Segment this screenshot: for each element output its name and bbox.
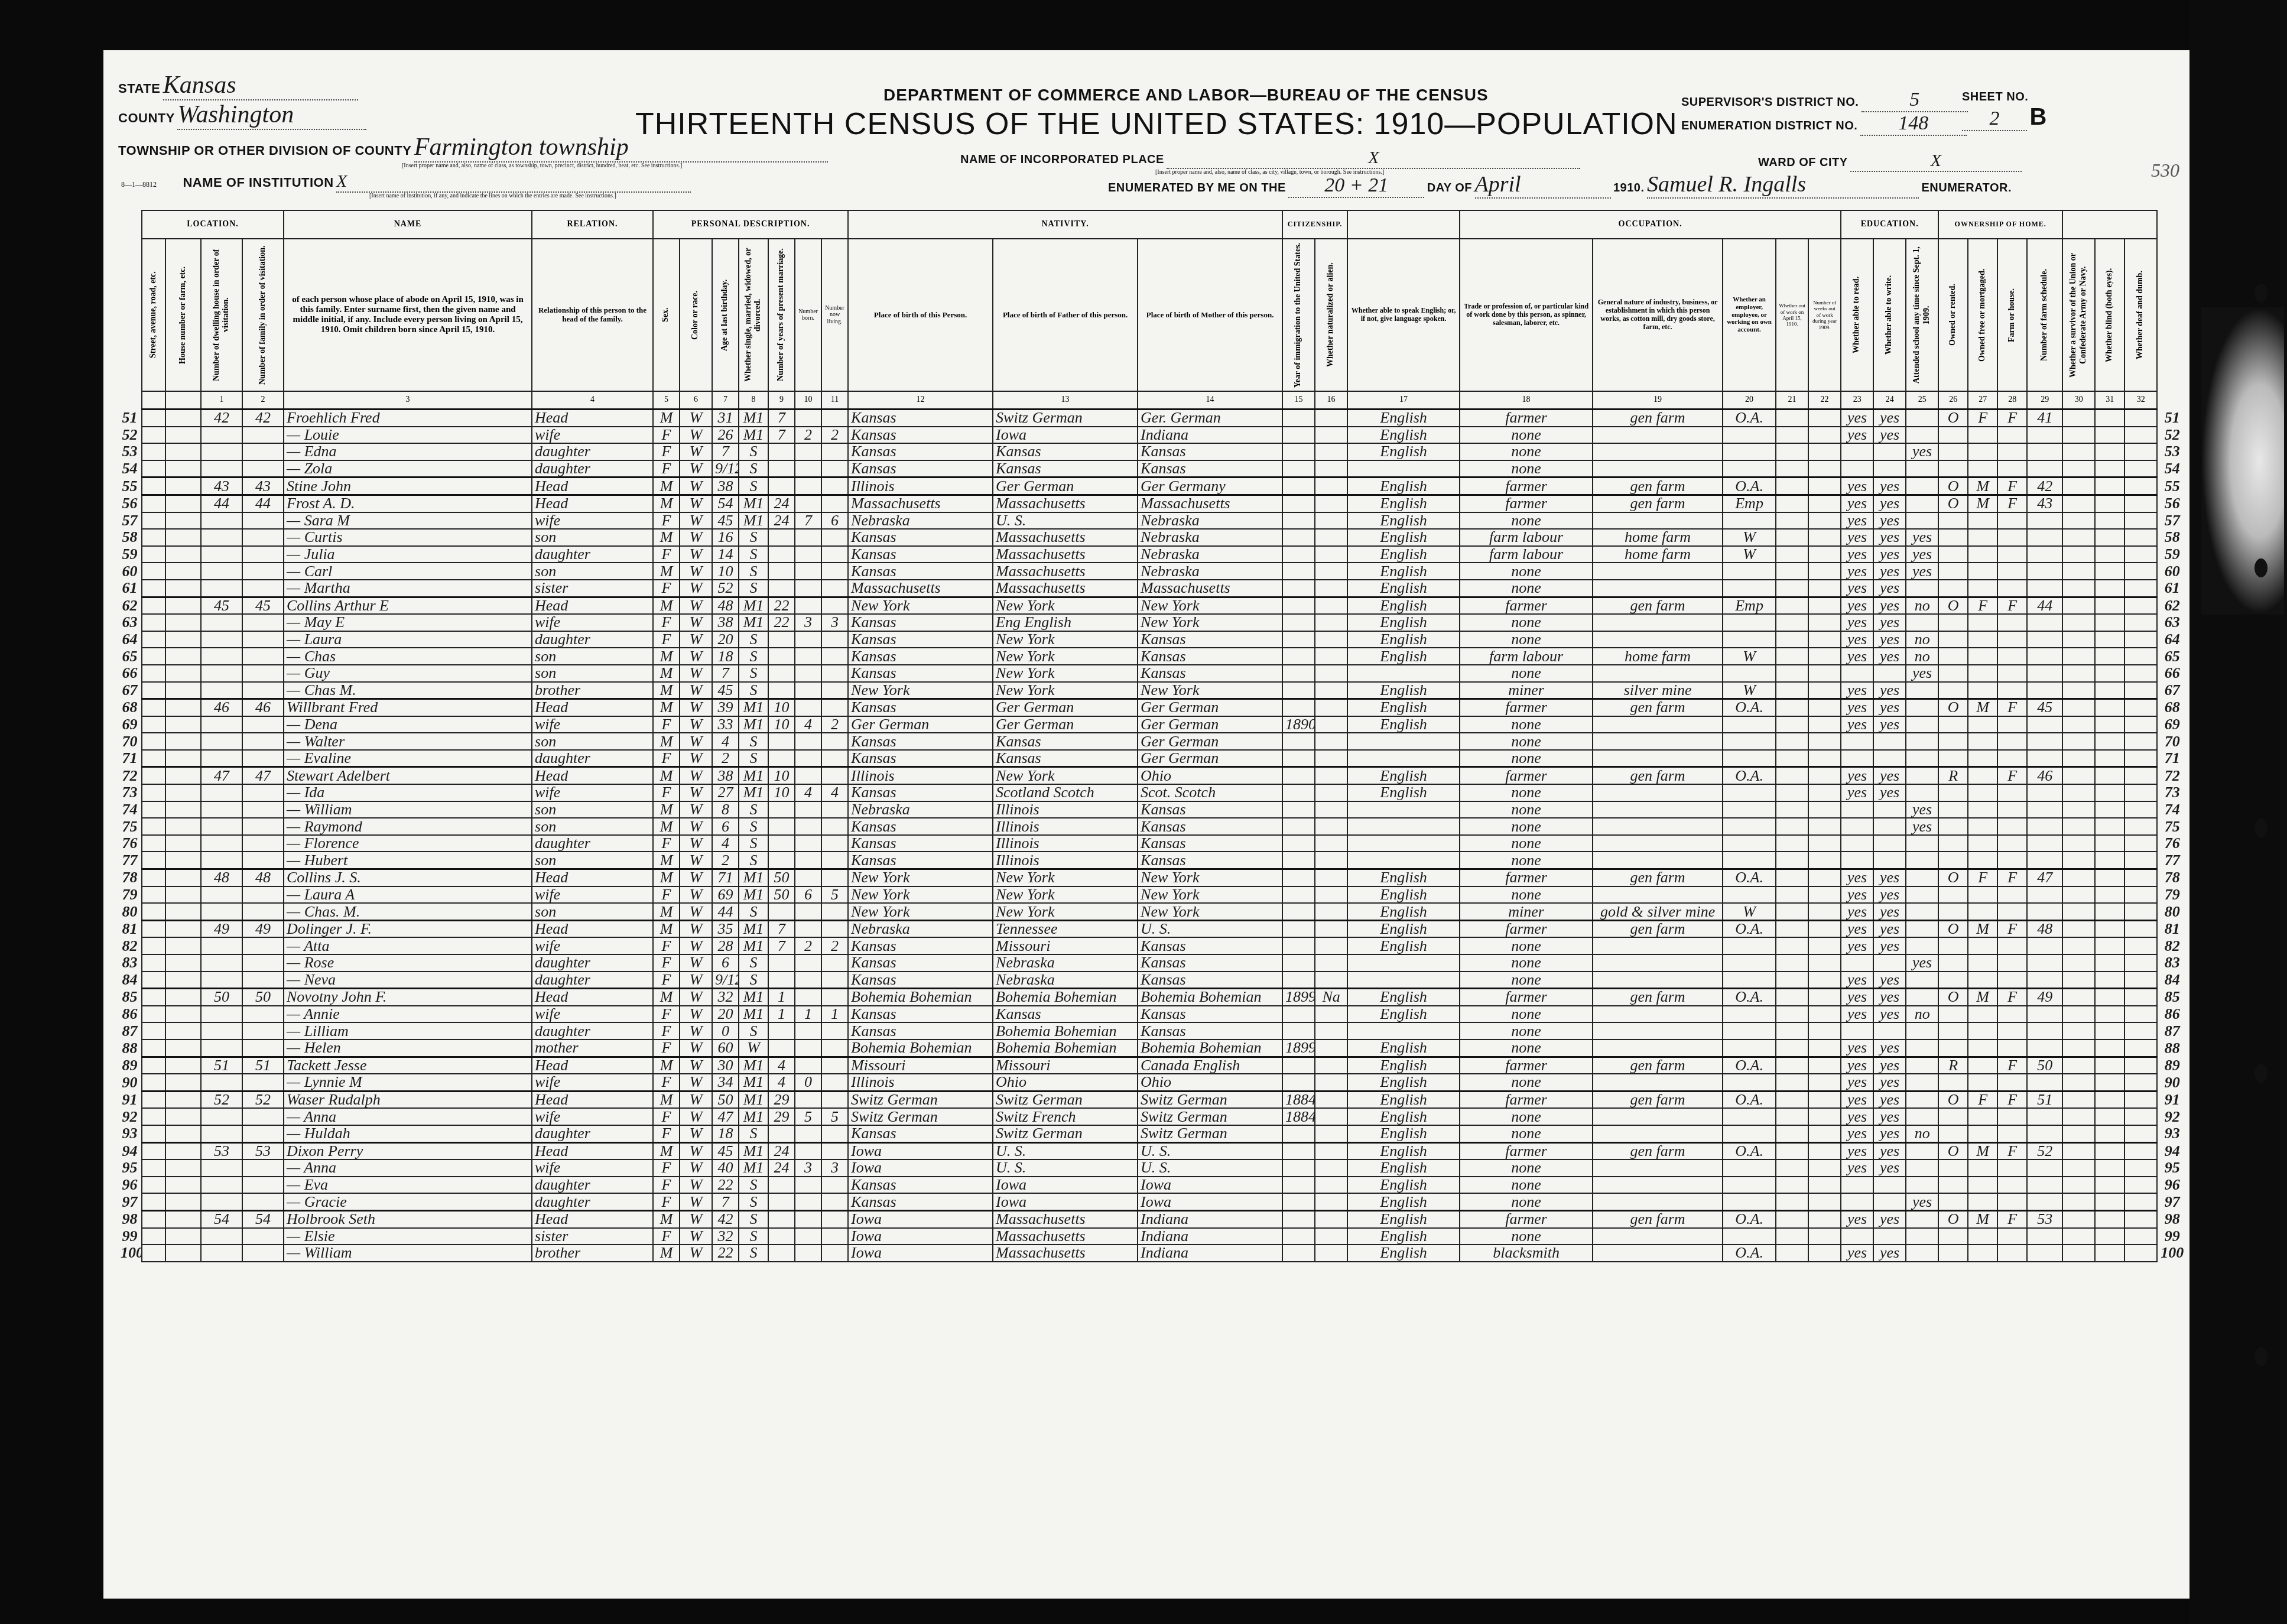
immigration-year xyxy=(1282,597,1315,614)
owned-rented xyxy=(1938,648,1968,665)
race: W xyxy=(680,648,712,665)
out-of-work xyxy=(1776,563,1808,580)
marital-status: M1 xyxy=(739,1006,768,1023)
employer-status xyxy=(1723,512,1776,530)
birthplace-mother: Kansas xyxy=(1138,852,1282,869)
sheet-side: B xyxy=(2029,104,2046,130)
trade: none xyxy=(1460,954,1593,972)
line-number: 75 xyxy=(118,818,142,835)
line-number: 53 xyxy=(118,443,142,460)
colnum: 10 xyxy=(795,391,821,410)
person-name: — Sara M xyxy=(284,512,532,530)
can-write: yes xyxy=(1873,1245,1906,1262)
birthplace-mother: Ger German xyxy=(1138,733,1282,750)
language: English xyxy=(1347,546,1460,563)
language xyxy=(1347,835,1460,852)
street-cell xyxy=(142,546,165,563)
family-number xyxy=(242,682,284,699)
free-mortgaged xyxy=(1968,1057,1997,1074)
header-name: of each person whose place of abode on A… xyxy=(284,239,532,391)
line-number-right: 57 xyxy=(2157,512,2187,530)
industry: gen farm xyxy=(1593,920,1723,937)
line-number: 61 xyxy=(118,580,142,597)
street-cell xyxy=(142,665,165,682)
veteran xyxy=(2062,835,2095,852)
out-of-work xyxy=(1776,716,1808,733)
trade: none xyxy=(1460,852,1593,869)
birthplace-mother: Kansas xyxy=(1138,631,1282,648)
children-living xyxy=(821,699,848,716)
birthplace-father: Massachusetts xyxy=(993,563,1138,580)
house-number-cell xyxy=(165,937,201,954)
out-of-work xyxy=(1776,443,1808,460)
house-number-cell xyxy=(165,852,201,869)
line-number-right: 53 xyxy=(2157,443,2187,460)
children-born: 4 xyxy=(795,716,821,733)
owned-rented xyxy=(1938,665,1968,682)
house-number-cell xyxy=(165,1022,201,1040)
children-living xyxy=(821,1193,848,1210)
naturalized xyxy=(1315,648,1347,665)
marital-status: S xyxy=(739,1022,768,1040)
can-write: yes xyxy=(1873,1074,1906,1091)
family-number xyxy=(242,631,284,648)
person-name: Collins J. S. xyxy=(284,869,532,886)
farm-house xyxy=(1997,903,2027,920)
relation: Head xyxy=(532,1210,653,1227)
street-cell xyxy=(142,852,165,869)
person-name: Tackett Jesse xyxy=(284,1057,532,1074)
veteran xyxy=(2062,460,2095,478)
school xyxy=(1906,1228,1938,1245)
line-number-right: 73 xyxy=(2157,784,2187,801)
age: 2 xyxy=(712,750,739,767)
deaf xyxy=(2124,1142,2157,1159)
state-field: State Kansas xyxy=(118,71,358,100)
dwelling-number xyxy=(201,1108,242,1125)
line-number: 83 xyxy=(118,954,142,972)
census-title: THIRTEENTH CENSUS OF THE UNITED STATES: … xyxy=(635,106,1678,142)
line-number-right: 86 xyxy=(2157,1006,2187,1023)
colnum: 15 xyxy=(1282,391,1315,410)
marital-status: S xyxy=(739,972,768,989)
school xyxy=(1906,614,1938,631)
marital-status: W xyxy=(739,1040,768,1057)
naturalized xyxy=(1315,614,1347,631)
line-number-right: 61 xyxy=(2157,580,2187,597)
birthplace-person: Kansas xyxy=(848,1006,993,1023)
language xyxy=(1347,750,1460,767)
out-of-work xyxy=(1776,1228,1808,1245)
street-cell xyxy=(142,869,165,886)
farm-schedule xyxy=(2027,903,2062,920)
ed-value: 148 xyxy=(1860,112,1967,136)
farm-house: F xyxy=(1997,1091,2027,1108)
birthplace-person: Kansas xyxy=(848,1022,993,1040)
owned-rented: O xyxy=(1938,920,1968,937)
street-cell xyxy=(142,1125,165,1142)
marital-status: S xyxy=(739,443,768,460)
farm-house xyxy=(1997,750,2027,767)
school xyxy=(1906,716,1938,733)
age: 9/12 xyxy=(712,972,739,989)
dwelling-number: 47 xyxy=(201,767,242,784)
deaf xyxy=(2124,852,2157,869)
can-write: yes xyxy=(1873,529,1906,546)
age: 45 xyxy=(712,682,739,699)
age: 10 xyxy=(712,563,739,580)
weeks-out xyxy=(1808,1142,1841,1159)
person-name: — Chas M. xyxy=(284,682,532,699)
relation: sister xyxy=(532,580,653,597)
street-cell xyxy=(142,1210,165,1227)
owned-rented xyxy=(1938,903,1968,920)
birthplace-father: New York xyxy=(993,903,1138,920)
immigration-year xyxy=(1282,733,1315,750)
weeks-out xyxy=(1808,989,1841,1006)
weeks-out xyxy=(1808,784,1841,801)
weeks-out xyxy=(1808,427,1841,444)
school xyxy=(1906,1108,1938,1125)
race: W xyxy=(680,989,712,1006)
employer-status: W xyxy=(1723,682,1776,699)
sex: M xyxy=(653,733,680,750)
dwelling-number xyxy=(201,852,242,869)
census-row: 86— AnniewifeFW20M1111KansasKansasKansas… xyxy=(118,1006,2187,1023)
line-number: 87 xyxy=(118,1022,142,1040)
industry xyxy=(1593,835,1723,852)
naturalized xyxy=(1315,546,1347,563)
county-value: Washington xyxy=(177,100,366,130)
can-read: yes xyxy=(1841,1057,1873,1074)
years-married xyxy=(768,835,795,852)
children-born xyxy=(795,410,821,427)
out-of-work xyxy=(1776,495,1808,512)
marital-status: M1 xyxy=(739,1108,768,1125)
dwelling-number: 49 xyxy=(201,920,242,937)
birthplace-mother: Kansas xyxy=(1138,972,1282,989)
children-born xyxy=(795,580,821,597)
marital-status: M1 xyxy=(739,767,768,784)
birthplace-father: New York xyxy=(993,682,1138,699)
owned-rented xyxy=(1938,427,1968,444)
language: English xyxy=(1347,699,1460,716)
birthplace-person: Kansas xyxy=(848,733,993,750)
out-of-work xyxy=(1776,460,1808,478)
race: W xyxy=(680,1057,712,1074)
colnum: 28 xyxy=(1997,391,2027,410)
birthplace-person: Kansas xyxy=(848,427,993,444)
house-number-cell xyxy=(165,631,201,648)
house-number-cell xyxy=(165,767,201,784)
school xyxy=(1906,478,1938,495)
children-living xyxy=(821,597,848,614)
line-number-right: 96 xyxy=(2157,1177,2187,1194)
month-value: April xyxy=(1475,171,1611,199)
line-number: 100 xyxy=(118,1245,142,1262)
trade: none xyxy=(1460,818,1593,835)
immigration-year xyxy=(1282,835,1315,852)
industry xyxy=(1593,1193,1723,1210)
children-born xyxy=(795,852,821,869)
line-number: 88 xyxy=(118,1040,142,1057)
blind xyxy=(2095,512,2124,530)
person-name: Holbrook Seth xyxy=(284,1210,532,1227)
census-row: 97— GraciedaughterFW7SKansasIowaIowaEngl… xyxy=(118,1193,2187,1210)
school: no xyxy=(1906,597,1938,614)
naturalized xyxy=(1315,852,1347,869)
street-cell xyxy=(142,767,165,784)
years-married: 50 xyxy=(768,886,795,904)
industry: gen farm xyxy=(1593,869,1723,886)
house-number-cell xyxy=(165,427,201,444)
farm-house xyxy=(1997,512,2027,530)
race: W xyxy=(680,716,712,733)
language xyxy=(1347,852,1460,869)
line-number: 99 xyxy=(118,1228,142,1245)
trade: none xyxy=(1460,460,1593,478)
years-married: 22 xyxy=(768,614,795,631)
weeks-out xyxy=(1808,1210,1841,1227)
veteran xyxy=(2062,937,2095,954)
trade: none xyxy=(1460,972,1593,989)
weeks-out xyxy=(1808,1022,1841,1040)
race: W xyxy=(680,478,712,495)
dwelling-number xyxy=(201,801,242,819)
can-write: yes xyxy=(1873,1040,1906,1057)
race: W xyxy=(680,784,712,801)
blind xyxy=(2095,733,2124,750)
owned-rented: O xyxy=(1938,989,1968,1006)
language: English xyxy=(1347,597,1460,614)
dwelling-number xyxy=(201,818,242,835)
naturalized xyxy=(1315,631,1347,648)
veteran xyxy=(2062,750,2095,767)
employer-status xyxy=(1723,1177,1776,1194)
dwelling-number xyxy=(201,546,242,563)
person-name: — Helen xyxy=(284,1040,532,1057)
weeks-out xyxy=(1808,716,1841,733)
farm-schedule xyxy=(2027,1108,2062,1125)
immigration-year xyxy=(1282,460,1315,478)
children-living xyxy=(821,478,848,495)
race: W xyxy=(680,852,712,869)
birthplace-person: New York xyxy=(848,682,993,699)
free-mortgaged xyxy=(1968,1006,1997,1023)
children-born: 1 xyxy=(795,1006,821,1023)
birthplace-father: Massachusetts xyxy=(993,580,1138,597)
street-cell xyxy=(142,1006,165,1023)
children-living xyxy=(821,1245,848,1262)
trade: none xyxy=(1460,801,1593,819)
house-number-cell xyxy=(165,699,201,716)
dwelling-number: 45 xyxy=(201,597,242,614)
blind xyxy=(2095,869,2124,886)
birthplace-person: Kansas xyxy=(848,784,993,801)
line-number: 68 xyxy=(118,699,142,716)
school: yes xyxy=(1906,546,1938,563)
children-living xyxy=(821,954,848,972)
race: W xyxy=(680,546,712,563)
race: W xyxy=(680,1074,712,1091)
employer-status xyxy=(1723,733,1776,750)
birthplace-person: Kansas xyxy=(848,954,993,972)
free-mortgaged xyxy=(1968,954,1997,972)
dwelling-number xyxy=(201,665,242,682)
ward-value: X xyxy=(1850,151,2022,172)
owned-rented xyxy=(1938,1108,1968,1125)
birthplace-father: Massachusetts xyxy=(993,1228,1138,1245)
deaf xyxy=(2124,1022,2157,1040)
can-read xyxy=(1841,818,1873,835)
school xyxy=(1906,427,1938,444)
trade: none xyxy=(1460,716,1593,733)
veteran xyxy=(2062,818,2095,835)
enumerated-label: Enumerated by me on the xyxy=(1108,181,1286,194)
race: W xyxy=(680,427,712,444)
family-number xyxy=(242,972,284,989)
owned-rented xyxy=(1938,443,1968,460)
school xyxy=(1906,410,1938,427)
free-mortgaged xyxy=(1968,546,1997,563)
street-cell xyxy=(142,478,165,495)
house-number-cell xyxy=(165,665,201,682)
farm-house: F xyxy=(1997,989,2027,1006)
marital-status: S xyxy=(739,546,768,563)
marital-status: M1 xyxy=(739,784,768,801)
language xyxy=(1347,1022,1460,1040)
age: 39 xyxy=(712,699,739,716)
blind xyxy=(2095,1210,2124,1227)
school xyxy=(1906,1159,1938,1177)
family-number: 47 xyxy=(242,767,284,784)
age: 31 xyxy=(712,410,739,427)
veteran xyxy=(2062,648,2095,665)
owned-rented: R xyxy=(1938,1057,1968,1074)
birthplace-father: Ohio xyxy=(993,1074,1138,1091)
can-write: yes xyxy=(1873,478,1906,495)
school: yes xyxy=(1906,818,1938,835)
children-born: 0 xyxy=(795,1074,821,1091)
employer-status: O.A. xyxy=(1723,1091,1776,1108)
census-row: 554343Stine JohnHeadMW38SIllinoisGer Ger… xyxy=(118,478,2187,495)
sex: F xyxy=(653,1159,680,1177)
census-row: 60— CarlsonMW10SKansasMassachusettsNebra… xyxy=(118,563,2187,580)
children-born xyxy=(795,1022,821,1040)
relation: brother xyxy=(532,682,653,699)
farm-house: F xyxy=(1997,495,2027,512)
veteran xyxy=(2062,1006,2095,1023)
census-row: 57— Sara MwifeFW45M12476NebraskaU. S.Neb… xyxy=(118,512,2187,530)
farm-house xyxy=(1997,1040,2027,1057)
race: W xyxy=(680,631,712,648)
line-number-right: 89 xyxy=(2157,1057,2187,1074)
language xyxy=(1347,460,1460,478)
children-born xyxy=(795,478,821,495)
street-cell xyxy=(142,784,165,801)
farm-schedule xyxy=(2027,614,2062,631)
person-name: — Lilliam xyxy=(284,1022,532,1040)
immigration-year xyxy=(1282,648,1315,665)
years-married xyxy=(768,631,795,648)
free-mortgaged xyxy=(1968,512,1997,530)
out-of-work xyxy=(1776,1142,1808,1159)
sex: M xyxy=(653,648,680,665)
line-number: 58 xyxy=(118,529,142,546)
family-number xyxy=(242,580,284,597)
can-write xyxy=(1873,733,1906,750)
birthplace-mother: Kansas xyxy=(1138,1022,1282,1040)
street-cell xyxy=(142,937,165,954)
dwelling-number xyxy=(201,443,242,460)
street-cell xyxy=(142,1142,165,1159)
children-living xyxy=(821,972,848,989)
birthplace-person: New York xyxy=(848,903,993,920)
census-row: 915252Waser RudalphHeadMW50M129Switz Ger… xyxy=(118,1091,2187,1108)
census-row: 100— WilliambrotherMW22SIowaMassachusett… xyxy=(118,1245,2187,1262)
relation: daughter xyxy=(532,546,653,563)
school: yes xyxy=(1906,529,1938,546)
can-read: yes xyxy=(1841,699,1873,716)
family-number xyxy=(242,886,284,904)
veteran xyxy=(2062,682,2095,699)
street-cell xyxy=(142,682,165,699)
header-farm-house: Farm or house. xyxy=(1997,239,2027,391)
immigration-year xyxy=(1282,972,1315,989)
veteran xyxy=(2062,1177,2095,1194)
out-of-work xyxy=(1776,1074,1808,1091)
race: W xyxy=(680,1210,712,1227)
owned-rented xyxy=(1938,937,1968,954)
birthplace-person: Kansas xyxy=(848,818,993,835)
school xyxy=(1906,1022,1938,1040)
owned-rented xyxy=(1938,954,1968,972)
birthplace-mother: Nebraska xyxy=(1138,512,1282,530)
children-born xyxy=(795,1142,821,1159)
person-name: — Julia xyxy=(284,546,532,563)
colnum: 17 xyxy=(1347,391,1460,410)
birthplace-mother: Bohemia Bohemian xyxy=(1138,989,1282,1006)
house-number-cell xyxy=(165,1210,201,1227)
family-number xyxy=(242,954,284,972)
free-mortgaged: M xyxy=(1968,478,1997,495)
employer-status xyxy=(1723,801,1776,819)
weeks-out xyxy=(1808,767,1841,784)
industry xyxy=(1593,750,1723,767)
farm-house xyxy=(1997,801,2027,819)
census-row: 90— Lynnie MwifeFW34M140IllinoisOhioOhio… xyxy=(118,1074,2187,1091)
owned-rented: O xyxy=(1938,1210,1968,1227)
out-of-work xyxy=(1776,1091,1808,1108)
line-number-right: 98 xyxy=(2157,1210,2187,1227)
trade: farmer xyxy=(1460,989,1593,1006)
weeks-out xyxy=(1808,495,1841,512)
farm-house: F xyxy=(1997,410,2027,427)
person-name: — Laura A xyxy=(284,886,532,904)
race: W xyxy=(680,1022,712,1040)
naturalized xyxy=(1315,665,1347,682)
veteran xyxy=(2062,852,2095,869)
out-of-work xyxy=(1776,1022,1808,1040)
dwelling-number xyxy=(201,903,242,920)
line-number: 76 xyxy=(118,835,142,852)
farm-schedule xyxy=(2027,460,2062,478)
immigration-year xyxy=(1282,478,1315,495)
can-read: yes xyxy=(1841,767,1873,784)
farm-schedule xyxy=(2027,1177,2062,1194)
can-read: yes xyxy=(1841,529,1873,546)
deaf xyxy=(2124,495,2157,512)
